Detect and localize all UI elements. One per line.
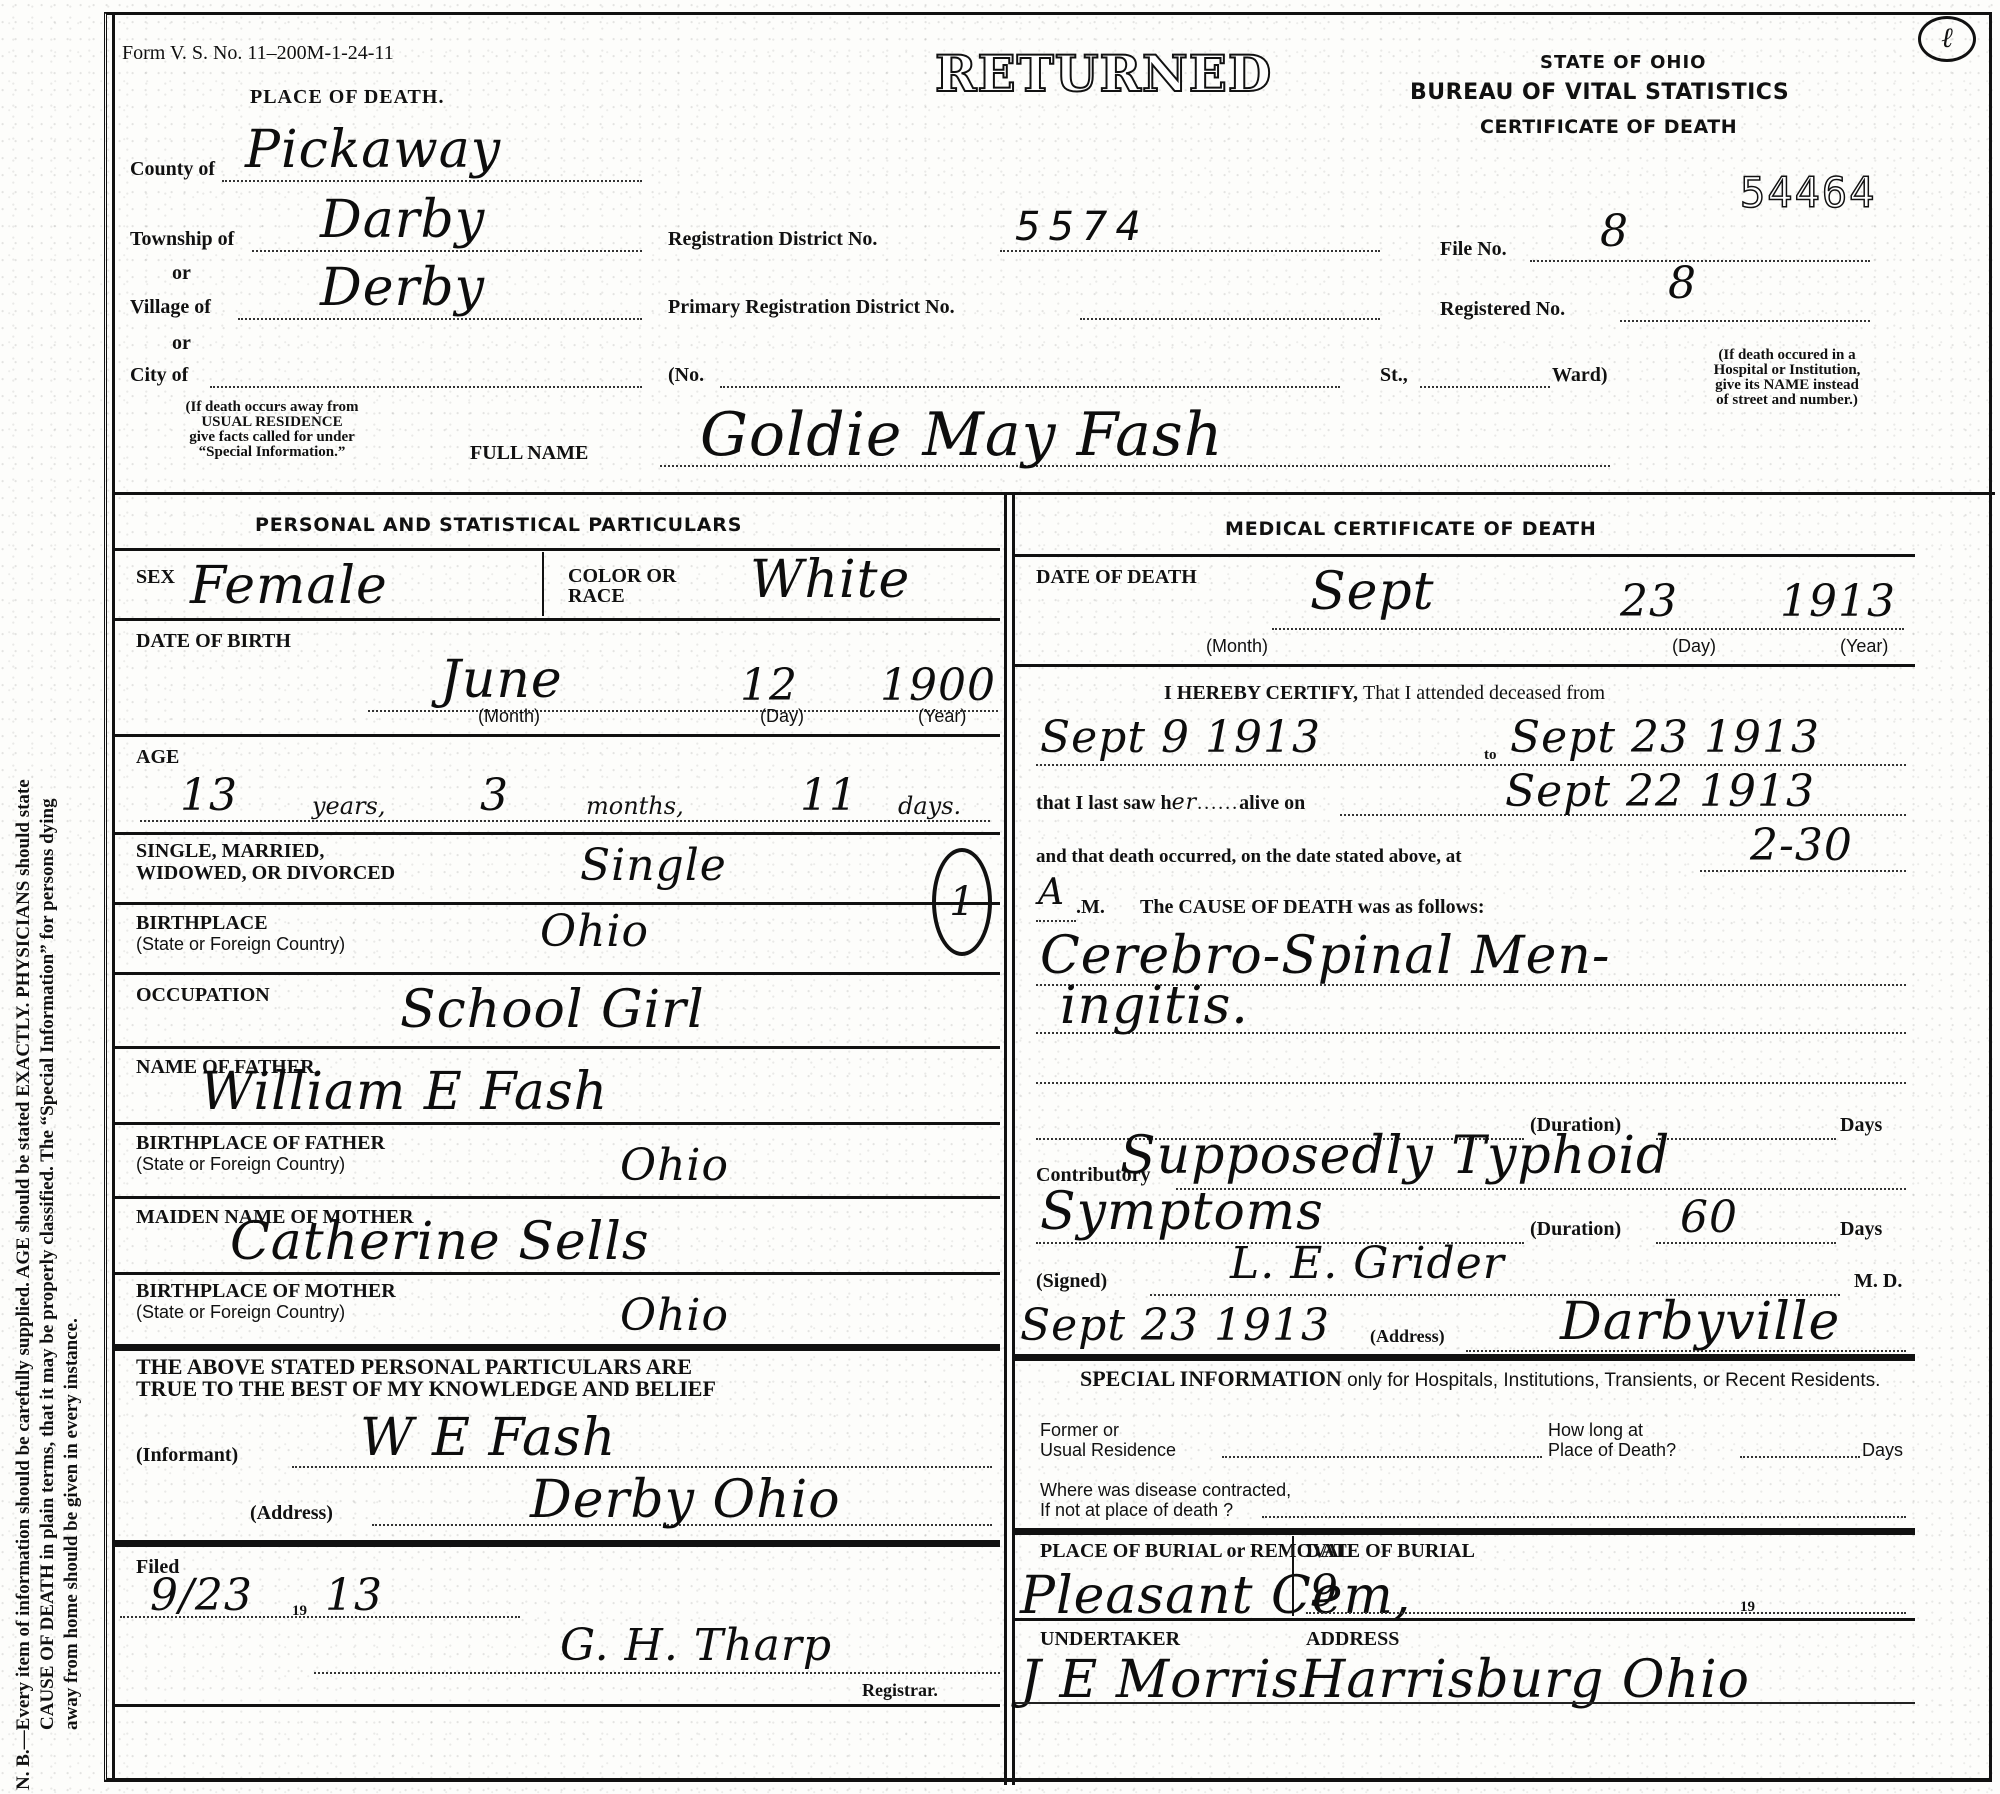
residence-note: (If death occurs away from USUAL RESIDEN… <box>132 400 412 460</box>
personal-rule-2 <box>115 618 1000 621</box>
father-birthplace-label: BIRTHPLACE OF FATHER <box>136 1132 385 1155</box>
filed-year-prefix: 19 <box>292 1604 307 1619</box>
death-time-value: 2-30 <box>1750 820 1853 871</box>
registrar-signature: G. H. Tharp <box>560 1620 832 1671</box>
margin-note-line-1: N. B.—Every item of information should b… <box>12 10 36 1790</box>
street-st-label: St., <box>1380 364 1408 387</box>
medical-rule-3 <box>1015 1354 1915 1361</box>
duration-days-label-1: Days <box>1840 1114 1882 1137</box>
registered-no-label: Registered No. <box>1440 298 1565 321</box>
duration-value-2: 60 <box>1680 1192 1738 1243</box>
village-label: Village of <box>130 296 211 319</box>
dob-year-caption: (Year) <box>918 706 966 727</box>
am-pm-suffix: .M. <box>1076 896 1105 919</box>
county-value: Pickaway <box>245 120 501 180</box>
county-label: County of <box>130 158 215 181</box>
former-residence-label: Former or Usual Residence <box>1040 1420 1176 1460</box>
state-name: STATE OF OHIO <box>1540 52 1706 73</box>
bureau-name: BUREAU OF VITAL STATISTICS <box>1410 80 1789 105</box>
attended-to-value: Sept 23 1913 <box>1510 712 1820 763</box>
primary-registration-line <box>1080 308 1380 320</box>
medical-section-title: MEDICAL CERTIFICATE OF DEATH <box>1225 518 1597 540</box>
date-of-death-label: DATE OF DEATH <box>1036 566 1197 589</box>
date-of-death-month: Sept <box>1310 562 1435 622</box>
hospital-note: (If death occured in a Hospital or Insti… <box>1662 348 1912 408</box>
duration-label-2: (Duration) <box>1530 1218 1621 1241</box>
special-information-heading: SPECIAL INFORMATION only for Hospitals, … <box>1036 1368 1916 1392</box>
father-name-value: William E Fash <box>200 1062 608 1122</box>
personal-rule-5 <box>115 902 1000 905</box>
registrar-label: Registrar. <box>862 1680 938 1701</box>
medical-rule-5 <box>1015 1618 1915 1621</box>
personal-rule-9 <box>115 1196 1000 1199</box>
personal-rule-10 <box>115 1272 1000 1275</box>
certificate-title: CERTIFICATE OF DEATH <box>1480 116 1737 138</box>
form-number: Form V. S. No. 11–200M-1-24-11 <box>122 42 394 65</box>
informant-address-value: Derby Ohio <box>530 1470 841 1530</box>
street-field-line <box>720 376 1340 388</box>
city-label: City of <box>130 364 188 387</box>
duration-line-1b <box>1656 1128 1836 1140</box>
full-name-label: FULL NAME <box>470 442 588 465</box>
informant-address-label: (Address) <box>250 1502 333 1525</box>
registered-no-value: 8 <box>1668 258 1697 309</box>
personal-section-title: PERSONAL AND STATISTICAL PARTICULARS <box>255 514 742 536</box>
age-years-unit: years, <box>312 792 386 820</box>
age-months-unit: months, <box>586 792 684 820</box>
mother-birthplace-sublabel: (State or Foreign Country) <box>136 1302 345 1323</box>
cause-of-death-intro: The CAUSE OF DEATH was as follows: <box>1140 896 1484 919</box>
personal-rule-13 <box>115 1704 1000 1707</box>
personal-rule-7 <box>115 1046 1000 1049</box>
age-line <box>140 810 990 822</box>
personal-rule-11 <box>115 1344 1000 1351</box>
margin-note-line-2: CAUSE OF DEATH in plain terms, that it m… <box>36 10 60 1790</box>
how-long-label: How long at Place of Death? <box>1548 1420 1676 1460</box>
filed-date-line <box>120 1606 520 1618</box>
age-days-unit: days. <box>898 792 961 820</box>
or-label-1: or <box>172 262 191 285</box>
signed-label: (Signed) <box>1036 1270 1107 1293</box>
dob-month-caption: (Month) <box>478 706 540 727</box>
marital-status-label: SINGLE, MARRIED, WIDOWED, OR DIVORCED <box>136 840 395 884</box>
how-long-line <box>1740 1448 1860 1458</box>
am-pm-value: A <box>1038 872 1065 913</box>
physician-address-label: (Address) <box>1370 1326 1445 1347</box>
registered-no-line <box>1620 310 1870 322</box>
date-of-death-day: 23 <box>1620 576 1678 627</box>
file-no-label: File No. <box>1440 238 1507 261</box>
street-number-label: (No. <box>668 364 704 387</box>
informant-value: W E Fash <box>360 1408 616 1468</box>
dob-day-caption: (Day) <box>760 706 804 727</box>
ward-label: Ward) <box>1552 364 1608 387</box>
medical-rule-4 <box>1015 1528 1915 1535</box>
date-of-death-year: 1913 <box>1780 576 1896 627</box>
cause-of-death-line-2: ingitis. <box>1060 976 1249 1036</box>
column-divider <box>1004 495 1007 1785</box>
physician-signature: L. E. Grider <box>1230 1238 1505 1289</box>
medical-rule-2 <box>1015 664 1915 667</box>
mother-name-value: Catherine Sells <box>230 1212 650 1272</box>
file-no-line <box>1530 250 1870 262</box>
attended-from-value: Sept 9 1913 <box>1040 712 1321 763</box>
color-race-label: COLOR OR RACE <box>568 566 676 606</box>
age-days-value: 11 <box>800 770 858 821</box>
informant-label: (Informant) <box>136 1444 238 1467</box>
burial-date-line <box>1306 1604 1906 1614</box>
cause-line-3 <box>1036 1072 1906 1084</box>
former-residence-line <box>1222 1448 1542 1458</box>
undertaker-address-label: ADDRESS <box>1306 1628 1399 1651</box>
attended-to-label: to <box>1484 748 1497 763</box>
personal-rule-3 <box>115 734 1000 737</box>
sex-label: SEX <box>136 566 175 589</box>
marital-status-value: Single <box>580 840 727 891</box>
registration-district-value: 5574 <box>1015 204 1149 250</box>
duration-days-label-2: Days <box>1840 1218 1882 1241</box>
where-contracted-label: Where was disease contracted, If not at … <box>1040 1480 1291 1520</box>
sex-race-divider <box>542 552 544 616</box>
or-label-2: or <box>172 332 191 355</box>
age-label: AGE <box>136 746 179 769</box>
margin-note-line-3: away from home should be given in every … <box>60 10 84 1790</box>
filed-year-value: 13 <box>325 1570 383 1621</box>
death-occurred-label: and that death occurred, on the date sta… <box>1036 846 1462 868</box>
ward-field-line <box>1420 376 1550 388</box>
age-months-value: 3 <box>480 770 509 821</box>
occupation-label: OCCUPATION <box>136 984 270 1007</box>
file-no-value: 8 <box>1600 206 1629 257</box>
dob-day-value: 12 <box>740 660 798 711</box>
file-number-stamped: 54464 <box>1740 168 1876 217</box>
margin-note: N. B.—Every item of information should b… <box>8 10 108 1790</box>
dod-year-caption: (Year) <box>1840 636 1888 657</box>
personal-rule-12 <box>115 1540 1000 1547</box>
contributory-cause-line-1: Supposedly Typhoid <box>1120 1126 1670 1186</box>
medical-rule-6 <box>1015 1702 1915 1704</box>
place-of-death-title: PLACE OF DEATH. <box>250 86 444 109</box>
md-label: M. D. <box>1854 1270 1902 1293</box>
undertaker-address-value: Harrisburg Ohio <box>1300 1650 1750 1710</box>
father-birthplace-value: Ohio <box>620 1140 729 1191</box>
birthplace-sublabel: (State or Foreign Country) <box>136 934 345 955</box>
returned-stamp: RETURNED <box>935 44 1272 103</box>
burial-divider <box>1292 1536 1294 1616</box>
full-name-value: Goldie May Fash <box>700 400 1223 470</box>
header-divider <box>115 492 1995 495</box>
undertaker-value: J E Morris <box>1020 1650 1299 1710</box>
mother-birthplace-label: BIRTHPLACE OF MOTHER <box>136 1280 396 1303</box>
birthplace-label: BIRTHPLACE <box>136 912 268 935</box>
personal-rule-4 <box>115 832 1000 835</box>
burial-date-label: DATE OF BURIAL <box>1306 1540 1475 1563</box>
last-saw-value: Sept 22 1913 <box>1505 766 1815 817</box>
primary-registration-label: Primary Registration District No. <box>668 296 955 319</box>
column-divider-inner <box>1012 495 1015 1785</box>
mother-birthplace-value: Ohio <box>620 1290 729 1341</box>
sex-value: Female <box>190 556 388 616</box>
corner-circled-mark: ℓ <box>1918 16 1976 62</box>
personal-rule-6 <box>115 972 1000 975</box>
dob-month-value: June <box>440 650 563 710</box>
undertaker-label: UNDERTAKER <box>1040 1628 1180 1651</box>
signed-date-value: Sept 23 1913 <box>1020 1300 1330 1351</box>
burial-year-prefix: 19 <box>1740 1600 1755 1615</box>
last-saw-label: that I last saw her......alive on <box>1036 790 1305 815</box>
township-value: Darby <box>320 190 485 250</box>
burial-place-value: Pleasant Cem, <box>1020 1566 1411 1626</box>
city-field-line <box>210 376 642 388</box>
attestation-text: THE ABOVE STATED PERSONAL PARTICULARS AR… <box>136 1356 716 1400</box>
father-birthplace-sublabel: (State or Foreign Country) <box>136 1154 345 1175</box>
dod-month-caption: (Month) <box>1206 636 1268 657</box>
am-pm-line <box>1036 912 1076 922</box>
birthplace-value: Ohio <box>540 906 649 957</box>
dob-label: DATE OF BIRTH <box>136 630 291 653</box>
physician-address-value: Darbyville <box>1560 1292 1840 1352</box>
dod-day-caption: (Day) <box>1672 636 1716 657</box>
contributory-cause-line-2: Symptoms <box>1040 1182 1324 1242</box>
personal-rule-8 <box>115 1122 1000 1125</box>
dob-year-value: 1900 <box>880 660 996 711</box>
form-border-inner <box>112 12 115 1782</box>
village-value: Derby <box>320 258 485 318</box>
how-long-days-label: Days <box>1862 1440 1903 1461</box>
medical-rule-1 <box>1015 554 1915 557</box>
registration-district-label: Registration District No. <box>668 228 877 251</box>
age-years-value: 13 <box>180 770 238 821</box>
township-label: Township of <box>130 228 234 251</box>
occupation-value: School Girl <box>400 980 705 1040</box>
where-contracted-line <box>1262 1508 1906 1518</box>
certify-statement: I HEREBY CERTIFY, That I attended deceas… <box>1164 682 1605 705</box>
color-race-value: White <box>750 550 910 610</box>
